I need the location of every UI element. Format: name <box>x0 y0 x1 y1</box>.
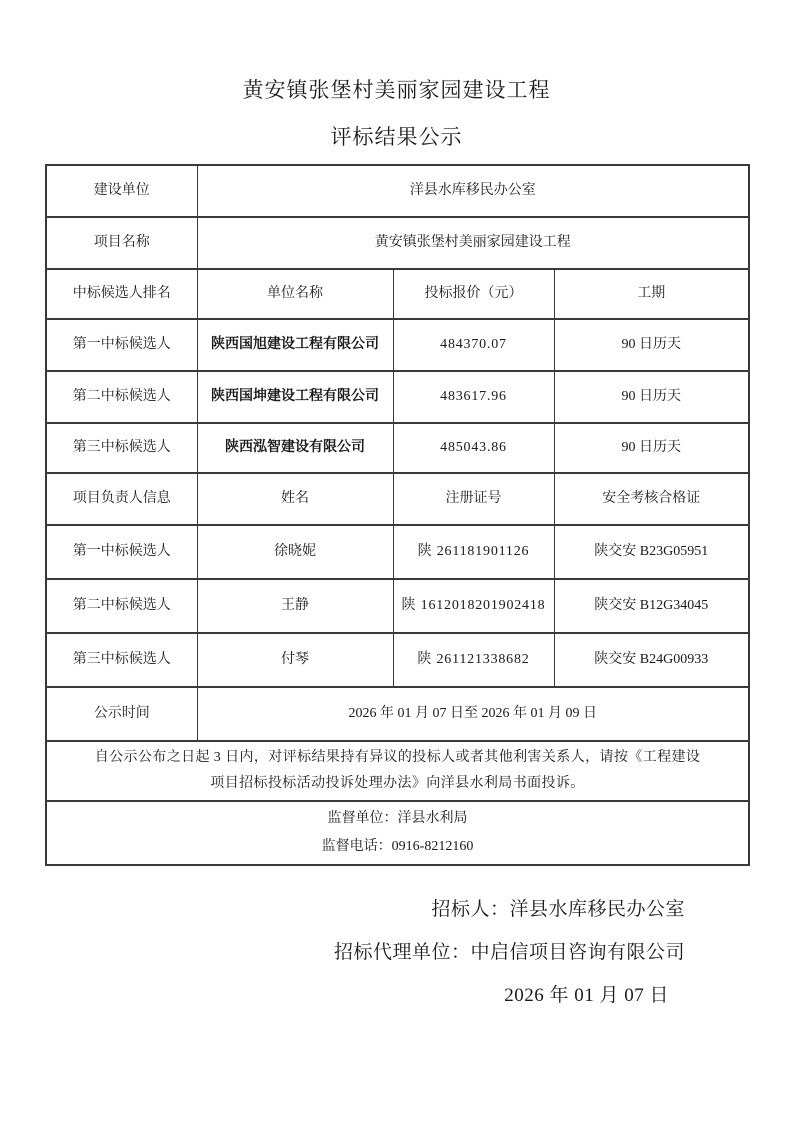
manager-name: 付琴 <box>197 633 393 687</box>
objection-notice-row: 自公示公布之日起 3 日内，对评标结果持有异议的投标人或者其他利害关系人，请按《… <box>46 741 749 801</box>
construction-unit-row: 建设单位 洋县水库移民办公室 <box>46 165 749 217</box>
bid-duration: 90 日历天 <box>554 319 749 371</box>
evaluation-result-table: 建设单位 洋县水库移民办公室 项目名称 黄安镇张堡村美丽家园建设工程 中标候选人… <box>45 164 750 866</box>
signature-block: 招标人：洋县水库移民办公室 招标代理单位：中启信项目咨询有限公司 2026 年 … <box>0 899 793 1007</box>
supervision-row: 监督单位：洋县水利局 监督电话：0916-8212160 <box>46 801 749 865</box>
publicity-time-row: 公示时间 2026 年 01 月 07 日至 2026 年 01 月 09 日 <box>46 687 749 741</box>
bid-header-company: 单位名称 <box>197 269 393 319</box>
objection-notice-cell: 自公示公布之日起 3 日内，对评标结果持有异议的投标人或者其他利害关系人，请按《… <box>46 741 749 801</box>
manager-reg-no: 陕 1612018201902418 <box>393 579 554 633</box>
bid-price: 484370.07 <box>393 319 554 371</box>
manager-safety-cert: 陕交安 B24G00933 <box>554 633 749 687</box>
manager-name: 王静 <box>197 579 393 633</box>
date-line: 2026 年 01 月 07 日 <box>0 985 685 1007</box>
objection-notice-line-2: 项目招标投标活动投诉处理办法》向洋县水利局书面投诉。 <box>55 771 740 797</box>
manager-row-third: 第三中标候选人 付琴 陕 261121338682 陕交安 B24G00933 <box>46 633 749 687</box>
manager-header-name: 姓名 <box>197 473 393 525</box>
agency-line: 招标代理单位：中启信项目咨询有限公司 <box>0 942 685 964</box>
bid-price: 483617.96 <box>393 371 554 423</box>
document-page: 黄安镇张堡村美丽家园建设工程 评标结果公示 建设单位 洋县水库移民办公室 项目名… <box>0 0 793 1122</box>
manager-safety-cert: 陕交安 B12G34045 <box>554 579 749 633</box>
publicity-time-value: 2026 年 01 月 07 日至 2026 年 01 月 09 日 <box>197 687 749 741</box>
construction-unit-value: 洋县水库移民办公室 <box>197 165 749 217</box>
bid-rank: 第一中标候选人 <box>46 319 197 371</box>
document-title: 黄安镇张堡村美丽家园建设工程 <box>0 0 793 103</box>
manager-safety-cert: 陕交安 B23G05951 <box>554 525 749 579</box>
bid-row-first: 第一中标候选人 陕西国旭建设工程有限公司 484370.07 90 日历天 <box>46 319 749 371</box>
project-name-value: 黄安镇张堡村美丽家园建设工程 <box>197 217 749 269</box>
manager-reg-no: 陕 261121338682 <box>393 633 554 687</box>
supervision-cell: 监督单位：洋县水利局 监督电话：0916-8212160 <box>46 801 749 865</box>
manager-header-safety-cert: 安全考核合格证 <box>554 473 749 525</box>
bid-duration: 90 日历天 <box>554 423 749 473</box>
bid-header-row: 中标候选人排名 单位名称 投标报价（元） 工期 <box>46 269 749 319</box>
manager-rank: 第一中标候选人 <box>46 525 197 579</box>
bid-company: 陕西泓智建设有限公司 <box>197 423 393 473</box>
bid-row-third: 第三中标候选人 陕西泓智建设有限公司 485043.86 90 日历天 <box>46 423 749 473</box>
bid-row-second: 第二中标候选人 陕西国坤建设工程有限公司 483617.96 90 日历天 <box>46 371 749 423</box>
bid-price: 485043.86 <box>393 423 554 473</box>
manager-header-label: 项目负责人信息 <box>46 473 197 525</box>
manager-header-row: 项目负责人信息 姓名 注册证号 安全考核合格证 <box>46 473 749 525</box>
bid-rank: 第三中标候选人 <box>46 423 197 473</box>
supervision-unit: 监督单位：洋县水利局 <box>55 805 740 833</box>
bid-header-duration: 工期 <box>554 269 749 319</box>
bid-header-rank: 中标候选人排名 <box>46 269 197 319</box>
project-name-row: 项目名称 黄安镇张堡村美丽家园建设工程 <box>46 217 749 269</box>
bid-header-price: 投标报价（元） <box>393 269 554 319</box>
manager-row-second: 第二中标候选人 王静 陕 1612018201902418 陕交安 B12G34… <box>46 579 749 633</box>
supervision-phone: 监督电话：0916-8212160 <box>55 833 740 861</box>
bid-company: 陕西国坤建设工程有限公司 <box>197 371 393 423</box>
objection-notice-line-1: 自公示公布之日起 3 日内，对评标结果持有异议的投标人或者其他利害关系人，请按《… <box>55 745 740 771</box>
manager-rank: 第三中标候选人 <box>46 633 197 687</box>
publicity-time-label: 公示时间 <box>46 687 197 741</box>
tenderer-line: 招标人：洋县水库移民办公室 <box>0 899 685 921</box>
manager-row-first: 第一中标候选人 徐晓妮 陕 261181901126 陕交安 B23G05951 <box>46 525 749 579</box>
bid-rank: 第二中标候选人 <box>46 371 197 423</box>
bid-company: 陕西国旭建设工程有限公司 <box>197 319 393 371</box>
manager-header-reg-no: 注册证号 <box>393 473 554 525</box>
project-name-label: 项目名称 <box>46 217 197 269</box>
page: { "page": { "title": "黄安镇张堡村美丽家园建设工程", "… <box>0 0 793 1122</box>
document-subtitle: 评标结果公示 <box>0 125 793 150</box>
construction-unit-label: 建设单位 <box>46 165 197 217</box>
manager-name: 徐晓妮 <box>197 525 393 579</box>
manager-rank: 第二中标候选人 <box>46 579 197 633</box>
bid-duration: 90 日历天 <box>554 371 749 423</box>
manager-reg-no: 陕 261181901126 <box>393 525 554 579</box>
